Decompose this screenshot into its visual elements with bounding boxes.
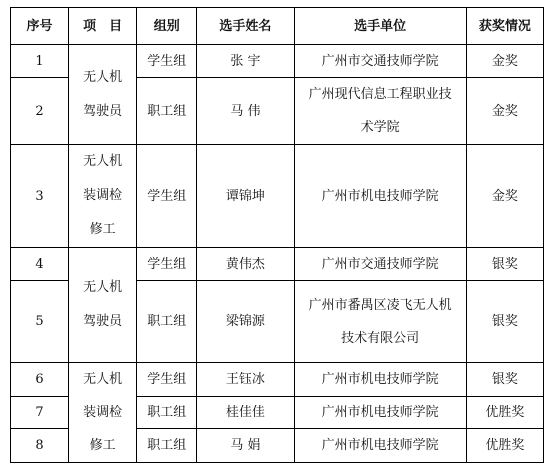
cell-award: 银奖: [466, 248, 543, 281]
cell-no: 5: [11, 281, 69, 363]
project-line: 驾驶员: [69, 305, 136, 339]
cell-award: 金奖: [466, 45, 543, 78]
cell-unit: 广州现代信息工程职业技 术学院: [294, 78, 466, 145]
cell-project: 无人机 驾驶员: [69, 248, 137, 363]
cell-group: 学生组: [137, 248, 197, 281]
cell-name: 王钰冰: [197, 363, 294, 397]
cell-no: 2: [11, 78, 69, 145]
header-unit: 选手单位: [294, 8, 466, 45]
cell-name: 张 宇: [197, 45, 294, 78]
table-row: 6 无人机 装调检 修工 学生组 王钰冰 广州市机电技师学院 银奖: [11, 363, 544, 397]
cell-award: 银奖: [466, 281, 543, 363]
cell-name: 桂佳佳: [197, 396, 294, 429]
project-line: 无人机: [69, 145, 136, 179]
cell-no: 4: [11, 248, 69, 281]
cell-name: 马 娟: [197, 429, 294, 463]
cell-unit: 广州市机电技师学院: [294, 396, 466, 429]
cell-award: 优胜奖: [466, 429, 543, 463]
cell-project: 无人机 装调检 修工: [69, 363, 137, 463]
cell-unit: 广州市机电技师学院: [294, 429, 466, 463]
cell-project: 无人机 装调检 修工: [69, 145, 137, 248]
header-group: 组别: [137, 8, 197, 45]
header-award: 获奖情况: [466, 8, 543, 45]
cell-unit: 广州市机电技师学院: [294, 363, 466, 397]
cell-award: 优胜奖: [466, 396, 543, 429]
project-line: 无人机: [69, 271, 136, 305]
project-line: 修工: [69, 213, 136, 247]
cell-group: 职工组: [137, 396, 197, 429]
unit-line: 广州现代信息工程职业技: [295, 78, 466, 111]
project-line: 无人机: [69, 61, 136, 95]
unit-line: 广州市番禺区凌飞无人机: [295, 289, 466, 322]
project-line: 无人机: [69, 363, 136, 396]
cell-no: 8: [11, 429, 69, 463]
cell-no: 6: [11, 363, 69, 397]
awards-table: 序号 项 目 组别 选手姓名 选手单位 获奖情况 1 无人机 驾驶员 学生组 张…: [10, 7, 544, 463]
cell-award: 银奖: [466, 363, 543, 397]
table-row: 3 无人机 装调检 修工 学生组 谭锦坤 广州市机电技师学院 金奖: [11, 145, 544, 248]
cell-project: 无人机 驾驶员: [69, 45, 137, 145]
header-project: 项 目: [69, 8, 137, 45]
cell-group: 学生组: [137, 363, 197, 397]
cell-no: 1: [11, 45, 69, 78]
cell-award: 金奖: [466, 78, 543, 145]
cell-name: 谭锦坤: [197, 145, 294, 248]
unit-line: 技术有限公司: [295, 322, 466, 355]
cell-name: 梁锦源: [197, 281, 294, 363]
cell-unit: 广州市番禺区凌飞无人机 技术有限公司: [294, 281, 466, 363]
header-row: 序号 项 目 组别 选手姓名 选手单位 获奖情况: [11, 8, 544, 45]
project-line: 装调检: [69, 396, 136, 429]
cell-unit: 广州市机电技师学院: [294, 145, 466, 248]
cell-award: 金奖: [466, 145, 543, 248]
cell-name: 黄伟杰: [197, 248, 294, 281]
table-row: 4 无人机 驾驶员 学生组 黄伟杰 广州市交通技师学院 银奖: [11, 248, 544, 281]
cell-group: 职工组: [137, 429, 197, 463]
cell-group: 学生组: [137, 45, 197, 78]
cell-group: 学生组: [137, 145, 197, 248]
cell-group: 职工组: [137, 281, 197, 363]
cell-unit: 广州市交通技师学院: [294, 248, 466, 281]
cell-no: 7: [11, 396, 69, 429]
cell-unit: 广州市交通技师学院: [294, 45, 466, 78]
project-line: 修工: [69, 429, 136, 462]
unit-line: 术学院: [295, 111, 466, 144]
project-line: 驾驶员: [69, 95, 136, 129]
cell-no: 3: [11, 145, 69, 248]
header-name: 选手姓名: [197, 8, 294, 45]
table-row: 1 无人机 驾驶员 学生组 张 宇 广州市交通技师学院 金奖: [11, 45, 544, 78]
header-no: 序号: [11, 8, 69, 45]
cell-group: 职工组: [137, 78, 197, 145]
cell-name: 马 伟: [197, 78, 294, 145]
project-line: 装调检: [69, 179, 136, 213]
